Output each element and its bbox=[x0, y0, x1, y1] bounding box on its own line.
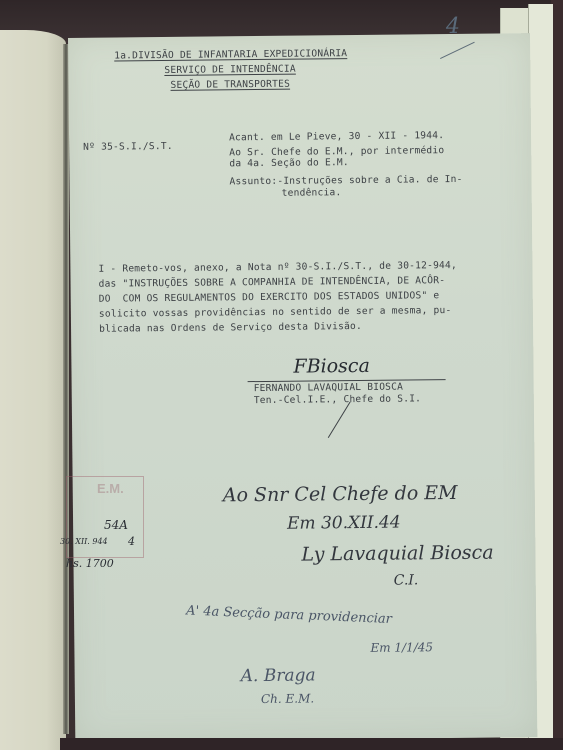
left-page-edge bbox=[0, 30, 66, 750]
document-page: 4 1a.DIVISÃO DE INFANTARIA EXPEDICIONÁRI… bbox=[68, 33, 537, 742]
stamp-label: E.M. bbox=[97, 481, 124, 496]
letterhead-section: SEÇÃO DE TRANSPORTES bbox=[170, 79, 290, 91]
stamp-date: 30. XII. 944 bbox=[60, 537, 108, 546]
place-date: Acant. em Le Pieve, 30 - XII - 1944. bbox=[229, 130, 444, 143]
letterhead-division: 1a.DIVISÃO DE INFANTARIA EXPEDICIONÁRIA bbox=[114, 48, 347, 61]
page-number-underline bbox=[440, 42, 475, 59]
signatory-name: FERNANDO LAVAQUIAL BIOSCA bbox=[254, 382, 404, 395]
note-line: Ao Snr Cel Chefe do EM bbox=[223, 482, 458, 506]
letterhead-service: SERVIÇO DE INTENDÊNCIA bbox=[164, 64, 296, 76]
pencil-stroke bbox=[328, 402, 351, 438]
stamp-seq: 4 bbox=[128, 535, 135, 548]
signature-scrawl: FBiosca bbox=[293, 355, 370, 378]
page-number: 4 bbox=[446, 14, 460, 39]
body-line: DO COM OS REGULAMENTOS DO EXERCITO DOS E… bbox=[99, 290, 440, 305]
addressee-line-2: da 4a. Seção do E.M. bbox=[229, 157, 349, 169]
body-line: das "INSTRUÇÕES SOBRE A COMPANHIA DE INT… bbox=[99, 275, 446, 290]
dark-background-bottom bbox=[60, 738, 563, 750]
note-signature: A. Braga bbox=[241, 665, 316, 686]
signatory-title: Ten.-Cel.I.E., Chefe do S.I. bbox=[254, 393, 421, 406]
note-signature-title: Ch. E.M. bbox=[261, 691, 314, 706]
binding-gutter bbox=[63, 44, 69, 734]
stamp-number: 54A bbox=[104, 518, 128, 532]
subject-line-2: tendência. bbox=[282, 187, 342, 199]
note-line: C.I. bbox=[394, 572, 419, 588]
note-line: A' 4a Secção para providenciar bbox=[186, 603, 392, 627]
body-line: solicito vossas providências no sentido … bbox=[99, 305, 452, 320]
note-date: Em 1/1/45 bbox=[370, 640, 433, 655]
body-line: blicada nas Ordens de Serviço desta Divi… bbox=[99, 321, 362, 335]
note-line: Ly Lavaquial Biosca bbox=[301, 542, 493, 566]
note-line: Em 30.XII.44 bbox=[287, 513, 401, 534]
subject-line-1: Assunto:-Instruções sobre a Cia. de In- bbox=[229, 174, 462, 187]
stamp-time: hs. 1700 bbox=[66, 557, 114, 570]
reference-number: Nº 35-S.I./S.T. bbox=[83, 141, 173, 153]
body-line: I - Remeto-vos, anexo, a Nota nº 30-S.I.… bbox=[98, 260, 457, 275]
